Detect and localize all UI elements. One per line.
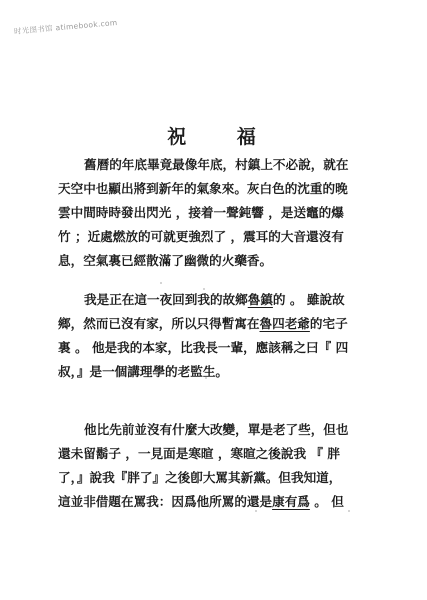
scan-speck — [255, 510, 257, 512]
text-line: 息，空氣裏已經散滿了幽微的火藥香。 — [58, 249, 376, 273]
scan-speck — [203, 288, 205, 290]
text-segment: 這並非借題在罵我：因爲他所罵的還是 — [58, 494, 272, 509]
text-line: 這並非借題在罵我：因爲他所罵的還是康有爲 。 但 — [58, 490, 376, 514]
page-title: 祝 福 — [0, 122, 427, 149]
text-segment: 的 。 雖說故 — [273, 292, 345, 307]
text-segment: 了，』說我『胖了』之後卽大罵其新黨。但我知道， — [58, 470, 341, 485]
text-segment: 他比先前並沒有什麼大改變，單是老了些，但也 — [84, 422, 348, 437]
text-line: 我是正在這一夜回到我的故鄉魯鎮的 。 雖說故 — [58, 288, 376, 312]
text-segment: 還未留鬍子 ，一見面是寒暄 ，寒暄之後說我 『 胖 — [58, 446, 340, 461]
text-line: 舊曆的年底畢竟最像年底，村鎮上不必說，就在 — [58, 153, 376, 177]
text-line: 裏 。 他是我的本家，比我長一輩，應該稱之曰『 四 — [58, 336, 376, 360]
text-segment: 裏 。 他是我的本家，比我長一輩，應該稱之曰『 四 — [58, 340, 348, 355]
text-segment: 我是正在這一夜回到我的故鄉 — [84, 292, 248, 307]
text-line: 天空中也顯出將到新年的氣象來。灰白色的沈重的晚 — [58, 177, 376, 201]
watermark: 时光图书馆 atimebook.com — [14, 17, 118, 37]
paragraph-3: 他比先前並沒有什麼大改變，單是老了些，但也 還未留鬍子 ，一見面是寒暄 ，寒暄之… — [58, 418, 376, 514]
text-segment: 叔，』是一個講理學的老監生。 — [58, 364, 228, 379]
underlined-place-name: 魯鎮 — [248, 292, 273, 307]
text-segment: 鄉，然而已沒有家，所以只得暫寓在 — [58, 316, 260, 331]
text-line: 鄉，然而已沒有家，所以只得暫寓在魯四老爺的宅子 — [58, 312, 376, 336]
text-line: 了，』說我『胖了』之後卽大罵其新黨。但我知道， — [58, 466, 376, 490]
underlined-person-name: 康有爲 — [272, 494, 310, 509]
scan-speck — [160, 282, 162, 284]
underlined-person-name: 魯四老爺 — [260, 316, 310, 331]
text-line: 竹 ；近處燃放的可就更強烈了 ，震耳的大音還沒有 — [58, 225, 376, 249]
text-line: 叔，』是一個講理學的老監生。 — [58, 360, 376, 384]
text-line: 雲中間時時發出閃光 ，接着一聲鈍響 ，是送竈的爆 — [58, 201, 376, 225]
text-segment: 的宅子 — [310, 316, 348, 331]
paragraph-2: 我是正在這一夜回到我的故鄉魯鎮的 。 雖說故 鄉，然而已沒有家，所以只得暫寓在魯… — [58, 288, 376, 384]
text-line: 還未留鬍子 ，一見面是寒暄 ，寒暄之後說我 『 胖 — [58, 442, 376, 466]
paragraph-1: 舊曆的年底畢竟最像年底，村鎮上不必說，就在 天空中也顯出將到新年的氣象來。灰白色… — [58, 153, 376, 273]
text-segment: 。 但 — [310, 494, 344, 509]
scan-speck — [348, 510, 350, 512]
text-line: 他比先前並沒有什麼大改變，單是老了些，但也 — [58, 418, 376, 442]
scan-speck — [205, 377, 207, 379]
